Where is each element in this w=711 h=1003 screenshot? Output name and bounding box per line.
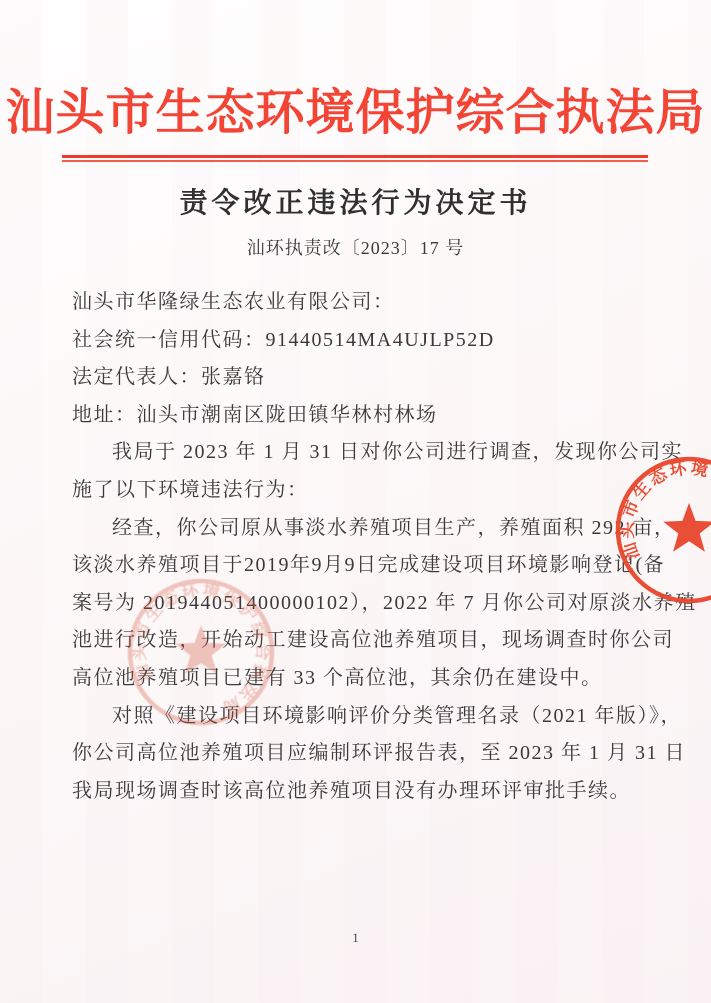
body-line: 高位池养殖项目已建有 33 个高位池，其余仍在建设中。: [72, 660, 650, 698]
body-line: 你公司高位池养殖项目应编制环评报告表，至 2023 年 1 月 31 日: [72, 735, 650, 773]
document-page: 汕头市生态环境保护综合执法局 责令改正违法行为决定书 汕环执责改〔2023〕17…: [0, 0, 711, 1003]
document-number: 汕环执责改〔2023〕17 号: [0, 234, 711, 260]
body-line: 社会统一信用代码：91440514MA4UJLP52D: [72, 322, 650, 360]
body-line: 施了以下环境违法行为：: [72, 472, 650, 510]
body-line: 经查，你公司原从事淡水养殖项目生产，养殖面积 292 亩，: [72, 510, 650, 548]
document-body: 汕头市华隆绿生态农业有限公司： 社会统一信用代码：91440514MA4UJLP…: [72, 284, 650, 810]
letterhead-divider-line: [62, 155, 648, 162]
letterhead-org-name: 汕头市生态环境保护综合执法局: [0, 84, 711, 143]
body-line: 该淡水养殖项目于2019年9月9日完成建设项目环境影响登记(备: [72, 547, 650, 585]
body-line: 我局现场调查时该高位池养殖项目没有办理环评审批手续。: [72, 773, 650, 811]
document-title: 责令改正违法行为决定书: [0, 181, 711, 221]
body-line: 池进行改造，开始动工建设高位池养殖项目，现场调查时你公司: [72, 622, 650, 660]
page-number: 1: [0, 930, 711, 946]
body-line: 汕头市华隆绿生态农业有限公司：: [72, 284, 650, 322]
body-line: 地址：汕头市潮南区陇田镇华林村林场: [72, 397, 650, 435]
body-line: 案号为 201944051400000102），2022 年 7 月你公司对原淡…: [72, 585, 650, 623]
body-line: 对照《建设项目环境影响评价分类管理名录（2021 年版）》，: [72, 698, 650, 736]
body-line: 我局于 2023 年 1 月 31 日对你公司进行调查，发现你公司实: [72, 434, 650, 472]
body-line: 法定代表人：张嘉铬: [72, 359, 650, 397]
